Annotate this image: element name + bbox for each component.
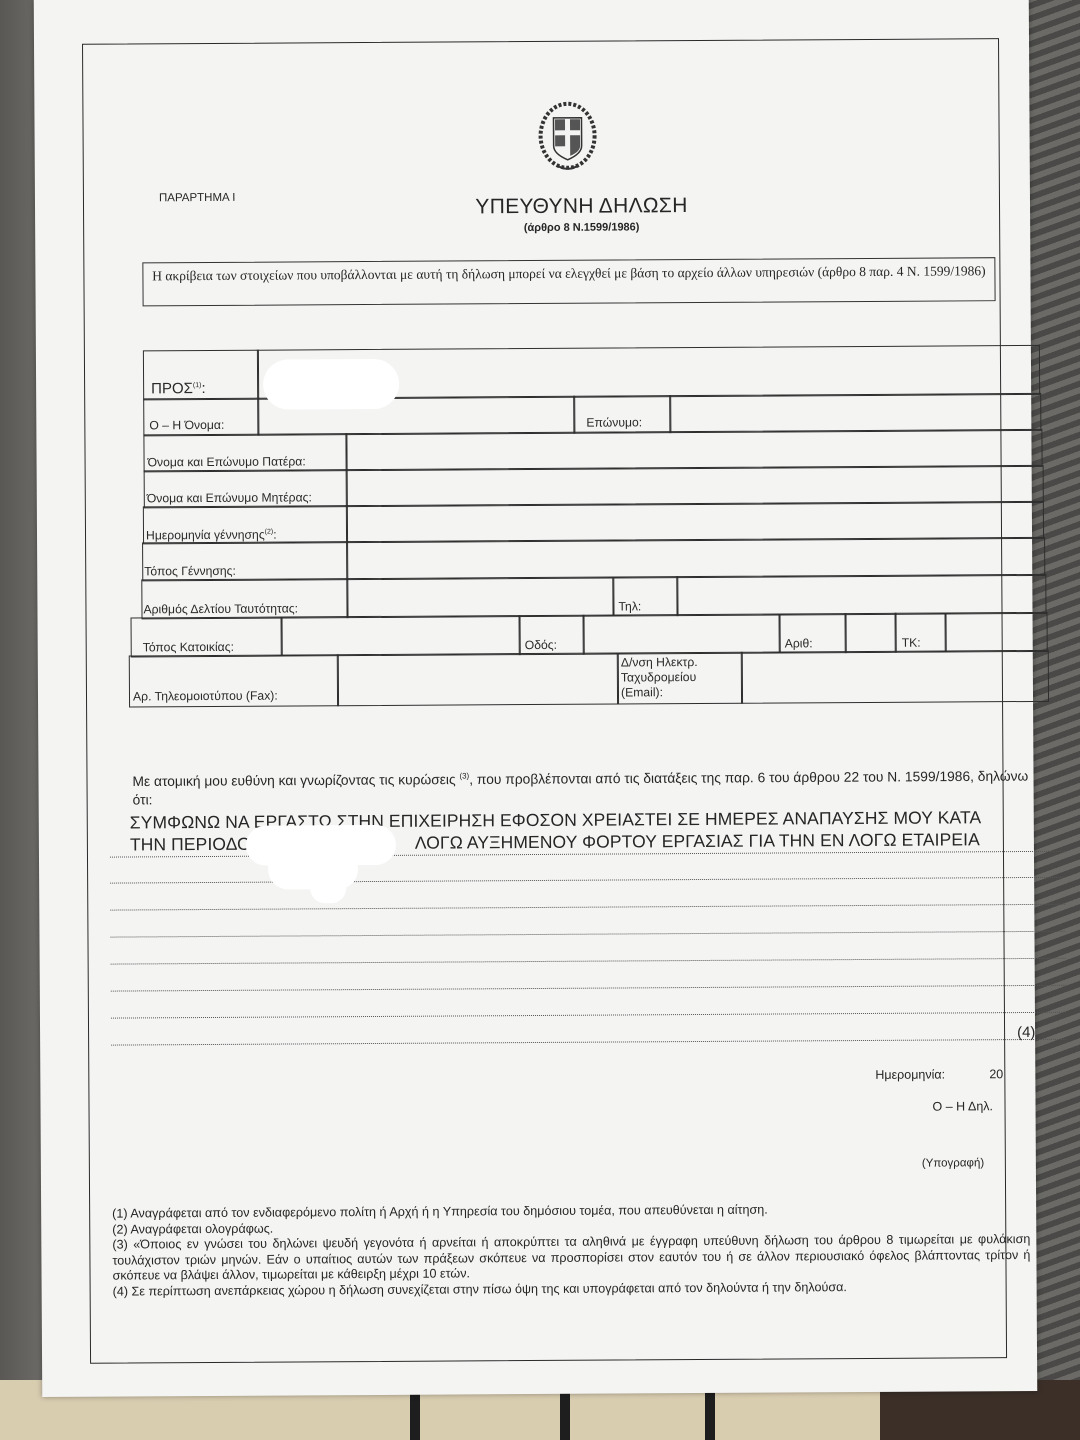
surname-field[interactable] — [669, 393, 1041, 433]
paper-sheet: ΠΑΡΑΡΤΗΜΑ Ι ΥΠΕΥΘΥΝΗ ΔΗΛΩΣΗ (άρθρο 8 Ν.1… — [34, 0, 1038, 1397]
date-label: Ημερομηνία: — [875, 1068, 945, 1082]
dotted-fill-line — [111, 1039, 1066, 1046]
date-field[interactable]: 20 — [989, 1067, 1003, 1081]
email-field[interactable] — [741, 650, 1049, 704]
phone-field[interactable] — [676, 574, 1046, 616]
email-label-line: Δ/νση Ηλεκτρ. — [621, 655, 698, 670]
father-name-label: Όνομα και Επώνυμο Πατέρα: — [148, 454, 306, 469]
redaction-mark — [263, 359, 399, 410]
birth-date-label: Ημερομηνία γέννησης(2): — [146, 528, 277, 543]
dotted-fill-line — [111, 958, 1066, 965]
redaction-mark — [310, 873, 346, 903]
footnote-marker-4: (4) — [1017, 1024, 1035, 1041]
dotted-fill-line — [110, 931, 1065, 938]
number-field[interactable] — [845, 613, 897, 653]
residence-label: Τόπος Κατοικίας: — [143, 640, 234, 655]
birth-place-label: Τόπος Γέννησης: — [144, 564, 236, 579]
id-number-field[interactable] — [346, 577, 614, 619]
dotted-fill-line — [110, 904, 1065, 911]
dotted-fill-line — [111, 985, 1066, 992]
declaration-intro: Με ατομική μου ευθύνη και γνωρίζοντας τι… — [132, 764, 1032, 809]
footnotes: (1) Αναγράφεται από τον ενδιαφερόμενο πο… — [112, 1201, 1031, 1300]
surname-label: Επώνυμο: — [586, 415, 642, 429]
dotted-fill-line — [111, 1012, 1066, 1019]
page-title: ΥΠΕΥΘΥΝΗ ΔΗΛΩΣΗ — [84, 192, 1079, 222]
street-label: Οδός: — [525, 638, 557, 652]
postcode-field[interactable] — [945, 612, 1048, 653]
to-label: ΠΡΟΣ(1): — [151, 380, 206, 397]
footnote-3: (3) «Όποιος εν γνώσει του δηλώνει ψευδή … — [112, 1232, 1030, 1284]
email-label-line: (Email): — [621, 685, 698, 700]
number-label: Αριθ: — [785, 636, 813, 650]
email-label: Δ/νση Ηλεκτρ. Ταχυδρομείου (Email): — [621, 655, 698, 700]
greek-coat-of-arms-icon — [532, 100, 602, 174]
phone-label: Τηλ: — [618, 599, 641, 613]
mother-name-label: Όνομα και Επώνυμο Μητέρας: — [147, 490, 312, 505]
fax-label: Αρ. Τηλεομοιοτύπου (Fax): — [133, 689, 278, 704]
dotted-fill-line — [110, 877, 1065, 884]
first-name-label: Ο – Η Όνομα: — [149, 418, 224, 432]
id-number-label: Αριθμός Δελτίου Ταυτότητας: — [143, 601, 298, 616]
page-frame: ΠΑΡΑΡΤΗΜΑ Ι ΥΠΕΥΘΥΝΗ ΔΗΛΩΣΗ (άρθρο 8 Ν.1… — [82, 38, 1007, 1364]
fax-field[interactable] — [337, 652, 619, 706]
verification-notice: Η ακρίβεια των στοιχείων που υποβάλλοντα… — [142, 257, 995, 306]
page-subtitle: (άρθρο 8 Ν.1599/1986) — [84, 219, 1079, 237]
email-label-line: Ταχυδρομείου — [621, 670, 698, 685]
residence-field[interactable] — [281, 615, 521, 656]
declarant-label: Ο – Η Δηλ. — [932, 1099, 993, 1113]
street-field[interactable] — [583, 614, 781, 655]
signature-field[interactable]: (Υπογραφή) — [922, 1157, 984, 1169]
postcode-label: ΤΚ: — [902, 636, 921, 650]
